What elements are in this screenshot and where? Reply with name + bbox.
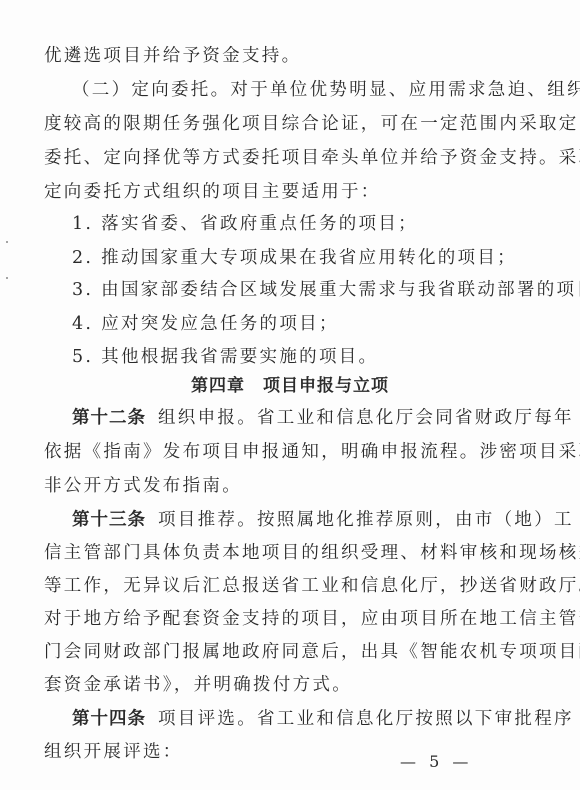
scan-speck xyxy=(6,241,8,243)
page-number: — 5 — xyxy=(400,752,472,771)
paragraph-line: （二）定向委托。对于单位优势明显、应用需求急迫、组织强 xyxy=(72,78,580,102)
paragraph-line: 优遴选项目并给予资金支持。 xyxy=(44,44,301,68)
paragraph-line: 对于地方给予配套资金支持的项目，应由项目所在地工信主管部 xyxy=(44,607,580,631)
article-label: 第十四条 xyxy=(72,709,146,729)
article-label: 第十二条 xyxy=(72,408,146,428)
paragraph-line: 非公开方式发布指南。 xyxy=(44,474,242,498)
paragraph-line: 信主管部门具体负责本地项目的组织受理、材料审核和现场核查 xyxy=(44,541,580,565)
list-item: 1. 落实省委、省政府重点任务的项目； xyxy=(72,212,418,236)
paragraph-line: 度较高的限期任务强化项目综合论证，可在一定范围内采取定向 xyxy=(44,112,580,136)
article-12-line: 第十二条组织申报。省工业和信息化厅会同省财政厅每年 xyxy=(72,406,574,430)
paragraph-line: 套资金承诺书》，并明确拨付方式。 xyxy=(44,673,352,697)
paragraph-line: 定向委托方式组织的项目主要适用于： xyxy=(44,180,381,204)
paragraph-line: 等工作，无异议后汇总报送省工业和信息化厅，抄送省财政厅。 xyxy=(44,574,580,598)
scan-speck xyxy=(6,277,8,279)
article-14-line: 第十四条项目评选。省工业和信息化厅按照以下审批程序 xyxy=(72,707,574,731)
paragraph-line: 组织开展评选： xyxy=(44,740,183,764)
list-item: 2. 推动国家重大专项成果在我省应用转化的项目； xyxy=(72,246,517,270)
list-item: 3. 由国家部委结合区域发展重大需求与我省联动部署的项目； xyxy=(72,278,580,302)
chapter-heading: 第四章 项目申报与立项 xyxy=(0,374,580,398)
list-item: 5. 其他根据我省需要实施的项目。 xyxy=(72,345,378,369)
article-label: 第十三条 xyxy=(72,510,146,530)
paragraph-line: 门会同财政部门报属地政府同意后，出具《智能农机专项项目配 xyxy=(44,640,580,664)
paragraph-line: 委托、定向择优等方式委托项目牵头单位并给予资金支持。采取 xyxy=(44,146,580,170)
article-13-line: 第十三条项目推荐。按照属地化推荐原则，由市（地）工 xyxy=(72,508,574,532)
paragraph-line: 依据《指南》发布项目申报通知，明确申报流程。涉密项目采取 xyxy=(44,440,580,464)
list-item: 4. 应对突发应急任务的项目； xyxy=(72,312,339,336)
